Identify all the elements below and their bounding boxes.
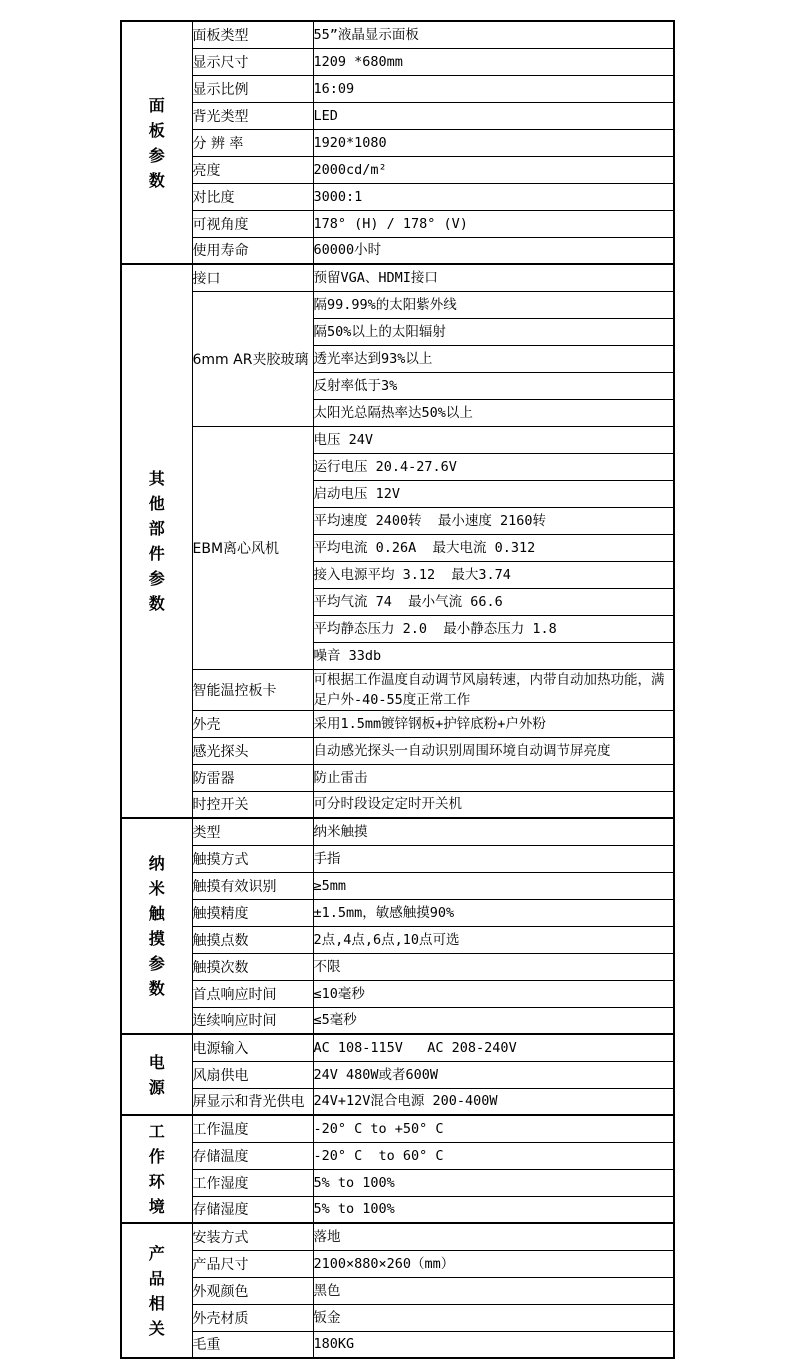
param-cell: 安装方式 — [192, 1223, 313, 1250]
table-row: 首点响应时间≤10毫秒 — [121, 980, 674, 1007]
value-cell: 1209 *680mm — [313, 48, 674, 75]
table-row: 产品相关安装方式落地 — [121, 1223, 674, 1250]
table-row: 智能温控板卡可根据工作温度自动调节风扇转速，内带自动加热功能，满足户外-40-5… — [121, 669, 674, 710]
table-row: 使用寿命60000小时 — [121, 237, 674, 264]
table-row: 触摸有效识别≥5mm — [121, 872, 674, 899]
param-cell: 亮度 — [192, 156, 313, 183]
param-cell: 使用寿命 — [192, 237, 313, 264]
value-cell: 平均电流 0.26A 最大电流 0.312 — [313, 534, 674, 561]
value-cell: LED — [313, 102, 674, 129]
spec-table: 面板参数面板类型55”液晶显示面板显示尺寸1209 *680mm显示比例16:0… — [120, 20, 675, 1359]
value-cell: 启动电压 12V — [313, 480, 674, 507]
param-cell: 工作湿度 — [192, 1169, 313, 1196]
value-cell: 落地 — [313, 1223, 674, 1250]
param-cell: 面板类型 — [192, 21, 313, 48]
value-cell: 24V 480W或者600W — [313, 1061, 674, 1088]
table-row: 风扇供电24V 480W或者600W — [121, 1061, 674, 1088]
category-label: 纳米触摸参数 — [148, 851, 165, 1001]
param-cell: 显示尺寸 — [192, 48, 313, 75]
table-row: 工作湿度5% to 100% — [121, 1169, 674, 1196]
category-cell: 产品相关 — [121, 1223, 192, 1358]
table-row: 显示尺寸1209 *680mm — [121, 48, 674, 75]
value-cell: 60000小时 — [313, 237, 674, 264]
value-cell: 隔99.99%的太阳紫外线 — [313, 291, 674, 318]
value-cell: 16:09 — [313, 75, 674, 102]
table-row: 电源电源输入AC 108-115V AC 208-240V — [121, 1034, 674, 1061]
value-cell: ≤5毫秒 — [313, 1007, 674, 1034]
param-cell: 触摸方式 — [192, 845, 313, 872]
param-cell: 显示比例 — [192, 75, 313, 102]
table-row: 纳米触摸参数类型纳米触摸 — [121, 818, 674, 845]
param-cell: 分 辨 率 — [192, 129, 313, 156]
param-cell: 智能温控板卡 — [192, 669, 313, 710]
value-cell: 55”液晶显示面板 — [313, 21, 674, 48]
value-cell: -20° C to 60° C — [313, 1142, 674, 1169]
param-cell: 对比度 — [192, 183, 313, 210]
value-cell: 噪音 33db — [313, 642, 674, 669]
table-row: 背光类型LED — [121, 102, 674, 129]
value-cell: 2点,4点,6点,10点可选 — [313, 926, 674, 953]
param-cell: 连续响应时间 — [192, 1007, 313, 1034]
param-cell: 工作温度 — [192, 1115, 313, 1142]
param-cell: 风扇供电 — [192, 1061, 313, 1088]
param-cell: 触摸有效识别 — [192, 872, 313, 899]
table-row: 触摸次数不限 — [121, 953, 674, 980]
value-cell: 运行电压 20.4-27.6V — [313, 453, 674, 480]
table-row: 毛重180KG — [121, 1331, 674, 1358]
value-cell: 180KG — [313, 1331, 674, 1358]
param-cell: 电源输入 — [192, 1034, 313, 1061]
param-cell: 屏显示和背光供电 — [192, 1088, 313, 1115]
param-cell: 触摸次数 — [192, 953, 313, 980]
value-cell: 防止雷击 — [313, 764, 674, 791]
value-cell: 纳米触摸 — [313, 818, 674, 845]
table-row: 时控开关可分时段设定定时开关机 — [121, 791, 674, 818]
value-cell: 可分时段设定定时开关机 — [313, 791, 674, 818]
param-cell: 6mm AR夹胶玻璃 — [192, 291, 313, 426]
param-cell: 首点响应时间 — [192, 980, 313, 1007]
category-cell: 工作环境 — [121, 1115, 192, 1223]
table-row: 产品尺寸2100×880×260（mm） — [121, 1250, 674, 1277]
value-cell: 采用1.5mm镀锌钢板+护锌底粉+户外粉 — [313, 710, 674, 737]
value-cell: -20° C to +50° C — [313, 1115, 674, 1142]
param-cell: EBM离心风机 — [192, 426, 313, 669]
value-cell: 钣金 — [313, 1304, 674, 1331]
value-cell: 2100×880×260（mm） — [313, 1250, 674, 1277]
category-label: 工作环境 — [148, 1119, 165, 1219]
value-cell: ≥5mm — [313, 872, 674, 899]
value-cell: 3000:1 — [313, 183, 674, 210]
value-cell: 2000cd/m² — [313, 156, 674, 183]
category-label: 面板参数 — [148, 93, 165, 193]
table-row: 屏显示和背光供电24V+12V混合电源 200-400W — [121, 1088, 674, 1115]
value-cell: 平均气流 74 最小气流 66.6 — [313, 588, 674, 615]
category-cell: 电源 — [121, 1034, 192, 1115]
category-label: 其他部件参数 — [148, 466, 165, 616]
value-cell: 透光率达到93%以上 — [313, 345, 674, 372]
value-cell: ≤10毫秒 — [313, 980, 674, 1007]
table-row: 6mm AR夹胶玻璃隔99.99%的太阳紫外线 — [121, 291, 674, 318]
table-row: 外观颜色黑色 — [121, 1277, 674, 1304]
value-cell: 隔50%以上的太阳辐射 — [313, 318, 674, 345]
value-cell: 自动感光探头一自动识别周围环境自动调节屏亮度 — [313, 737, 674, 764]
value-cell: ±1.5mm，敏感触摸90% — [313, 899, 674, 926]
value-cell: 平均静态压力 2.0 最小静态压力 1.8 — [313, 615, 674, 642]
value-cell: 可根据工作温度自动调节风扇转速，内带自动加热功能，满足户外-40-55度正常工作 — [313, 669, 674, 710]
value-cell: 178° (H) / 178° (V) — [313, 210, 674, 237]
table-row: 对比度3000:1 — [121, 183, 674, 210]
param-cell: 触摸精度 — [192, 899, 313, 926]
table-row: 工作环境工作温度-20° C to +50° C — [121, 1115, 674, 1142]
table-row: 存储温度-20° C to 60° C — [121, 1142, 674, 1169]
param-cell: 外壳 — [192, 710, 313, 737]
value-cell: 24V+12V混合电源 200-400W — [313, 1088, 674, 1115]
param-cell: 类型 — [192, 818, 313, 845]
table-row: 外壳材质钣金 — [121, 1304, 674, 1331]
table-row: 显示比例16:09 — [121, 75, 674, 102]
param-cell: 接口 — [192, 264, 313, 291]
value-cell: 5% to 100% — [313, 1169, 674, 1196]
param-cell: 外壳材质 — [192, 1304, 313, 1331]
param-cell: 防雷器 — [192, 764, 313, 791]
table-row: 存储湿度5% to 100% — [121, 1196, 674, 1223]
spec-table-body: 面板参数面板类型55”液晶显示面板显示尺寸1209 *680mm显示比例16:0… — [121, 21, 674, 1358]
table-row: EBM离心风机电压 24V — [121, 426, 674, 453]
value-cell: 接入电源平均 3.12 最大3.74 — [313, 561, 674, 588]
value-cell: 平均速度 2400转 最小速度 2160转 — [313, 507, 674, 534]
table-row: 面板参数面板类型55”液晶显示面板 — [121, 21, 674, 48]
value-cell: 太阳光总隔热率达50%以上 — [313, 399, 674, 426]
value-cell: AC 108-115V AC 208-240V — [313, 1034, 674, 1061]
param-cell: 毛重 — [192, 1331, 313, 1358]
table-row: 连续响应时间≤5毫秒 — [121, 1007, 674, 1034]
param-cell: 时控开关 — [192, 791, 313, 818]
param-cell: 感光探头 — [192, 737, 313, 764]
table-row: 感光探头自动感光探头一自动识别周围环境自动调节屏亮度 — [121, 737, 674, 764]
table-row: 触摸精度±1.5mm，敏感触摸90% — [121, 899, 674, 926]
value-cell: 预留VGA、HDMI接口 — [313, 264, 674, 291]
table-row: 防雷器防止雷击 — [121, 764, 674, 791]
table-row: 其他部件参数接口预留VGA、HDMI接口 — [121, 264, 674, 291]
category-label: 电源 — [148, 1050, 165, 1100]
param-cell: 可视角度 — [192, 210, 313, 237]
value-cell: 5% to 100% — [313, 1196, 674, 1223]
value-cell: 不限 — [313, 953, 674, 980]
table-row: 触摸点数2点,4点,6点,10点可选 — [121, 926, 674, 953]
param-cell: 触摸点数 — [192, 926, 313, 953]
table-row: 触摸方式手指 — [121, 845, 674, 872]
table-row: 外壳采用1.5mm镀锌钢板+护锌底粉+户外粉 — [121, 710, 674, 737]
param-cell: 存储温度 — [192, 1142, 313, 1169]
value-cell: 1920*1080 — [313, 129, 674, 156]
param-cell: 外观颜色 — [192, 1277, 313, 1304]
param-cell: 存储湿度 — [192, 1196, 313, 1223]
table-row: 亮度2000cd/m² — [121, 156, 674, 183]
category-cell: 纳米触摸参数 — [121, 818, 192, 1034]
value-cell: 黑色 — [313, 1277, 674, 1304]
param-cell: 背光类型 — [192, 102, 313, 129]
value-cell: 手指 — [313, 845, 674, 872]
category-label: 产品相关 — [148, 1241, 165, 1341]
table-row: 分 辨 率1920*1080 — [121, 129, 674, 156]
value-cell: 电压 24V — [313, 426, 674, 453]
param-cell: 产品尺寸 — [192, 1250, 313, 1277]
category-cell: 其他部件参数 — [121, 264, 192, 818]
category-cell: 面板参数 — [121, 21, 192, 264]
table-row: 可视角度178° (H) / 178° (V) — [121, 210, 674, 237]
value-cell: 反射率低于3% — [313, 372, 674, 399]
spec-sheet-page: 面板参数面板类型55”液晶显示面板显示尺寸1209 *680mm显示比例16:0… — [0, 0, 790, 1370]
